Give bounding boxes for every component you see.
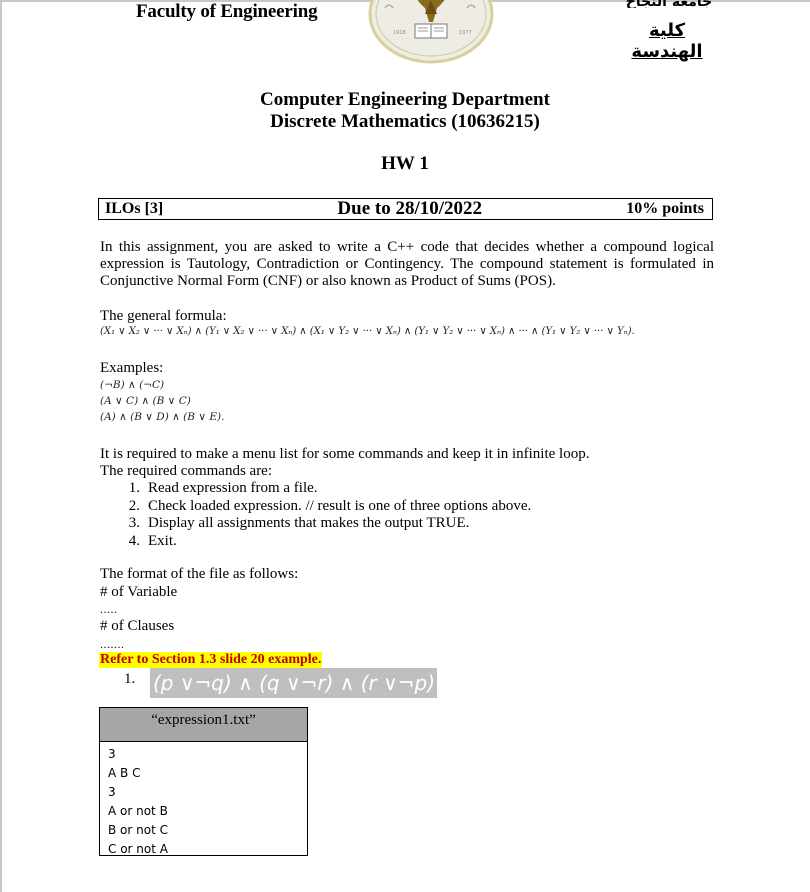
department-title: Computer Engineering Department — [0, 89, 810, 111]
variable-count-line: # of Variable — [100, 584, 298, 602]
requirements-line: The required commands are: — [100, 463, 589, 480]
command-item: 2. Check loaded expression. // result is… — [100, 498, 531, 516]
assignment-info-bar: ILOs [3] Due to 28/10/2022 10% points — [98, 198, 713, 220]
file-line: 3 — [108, 745, 307, 764]
faculty-name-english: Faculty of Engineering — [136, 1, 317, 23]
reference-note: Refer to Section 1.3 slide 20 example. — [99, 652, 322, 668]
due-date: Due to 28/10/2022 — [337, 198, 482, 220]
file-line: C or not A — [108, 840, 307, 859]
example-expression: (¬B) ∧ (¬C) — [100, 377, 224, 393]
examples-section: Examples: (¬B) ∧ (¬C) (A ∨ C) ∧ (B ∨ C) … — [100, 360, 224, 425]
clause-count-line: # of Clauses — [100, 618, 298, 636]
points-weight: 10% points — [626, 200, 704, 218]
faculty-name-arabic: كلية الهندسة — [612, 20, 722, 62]
file-name-header: “expression1.txt” — [100, 708, 307, 742]
command-item: 3. Display all assignments that makes th… — [100, 515, 531, 533]
general-formula: (X₁ ∨ X₂ ∨ ··· ∨ Xₙ) ∧ (Y₁ ∨ X₂ ∨ ··· ∨ … — [100, 326, 635, 337]
file-line: A B C — [108, 764, 307, 783]
examples-label: Examples: — [100, 360, 224, 377]
file-contents: 3 A B C 3 A or not B B or not C C or not… — [100, 742, 307, 859]
ellipsis-line: ....... — [100, 636, 298, 653]
university-name-arabic: جامعة النجاح الوطنية — [603, 0, 735, 8]
file-line: A or not B — [108, 802, 307, 821]
course-title: Discrete Mathematics (10636215) — [0, 111, 810, 133]
file-format-label: The format of the file as follows: — [100, 566, 298, 584]
file-line: B or not C — [108, 821, 307, 840]
command-item: 4. Exit. — [100, 533, 531, 551]
requirements-line: It is required to make a menu list for s… — [100, 446, 589, 463]
general-formula-label: The general formula: — [100, 308, 227, 325]
ilos-label: ILOs [3] — [105, 200, 163, 218]
command-item: 1. Read expression from a file. — [100, 480, 531, 498]
example-expression-image: (p ∨¬q) ∧ (q ∨¬r) ∧ (r ∨¬p) — [150, 668, 437, 698]
svg-text:1977: 1977 — [459, 30, 472, 36]
file-line: 3 — [108, 783, 307, 802]
ellipsis-line: ..... — [100, 601, 298, 618]
file-example-box: “expression1.txt” 3 A B C 3 A or not B B… — [99, 707, 308, 856]
commands-list: 1. Read expression from a file. 2. Check… — [100, 480, 531, 550]
requirements-intro: It is required to make a menu list for s… — [100, 446, 589, 480]
file-format-section: The format of the file as follows: # of … — [100, 566, 298, 653]
university-logo-icon: 1918 1977 — [367, 0, 495, 64]
svg-text:1918: 1918 — [393, 30, 406, 36]
example-expression: (A ∨ C) ∧ (B ∨ C) — [100, 393, 224, 409]
example-expression: (A) ∧ (B ∨ D) ∧ (B ∨ E). — [100, 409, 224, 425]
example-number: 1. — [124, 671, 135, 688]
assignment-title: HW 1 — [0, 153, 810, 175]
intro-paragraph: In this assignment, you are asked to wri… — [100, 239, 714, 290]
